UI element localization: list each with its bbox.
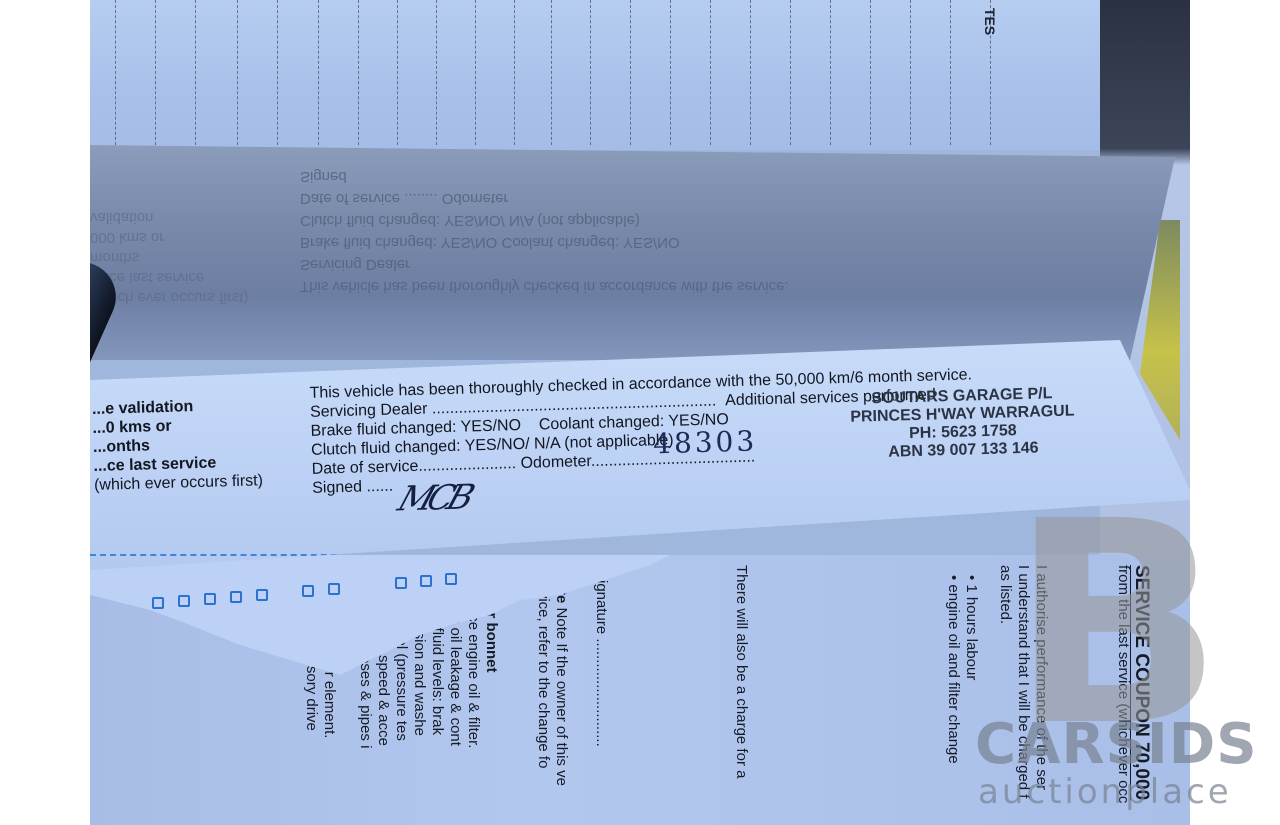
folded-flap: This vehicle has been thoroughly checked… <box>90 145 1180 360</box>
watermark-logo-icon: B <box>1010 505 1223 745</box>
validation-text: ...e validation ...0 kms or ...onths ...… <box>92 395 264 495</box>
handwritten-signature: MCB <box>393 477 474 519</box>
signature-line: Signature .......................... <box>592 570 610 747</box>
mirrored-text: This vehicle has been thoroughly checked… <box>300 165 1060 297</box>
checkbox-icon <box>395 577 407 589</box>
odometer-value: 48303 <box>653 424 758 460</box>
watermark-subtitle: auctionplace <box>978 772 1232 812</box>
checkbox-icon <box>420 575 432 587</box>
watermark-name: CARSIDS <box>975 712 1258 777</box>
odometer-label: Odometer <box>520 453 591 472</box>
notes-heading: TES <box>982 8 998 35</box>
top-notes-page: TES <box>90 0 1150 150</box>
checkbox-icon <box>230 591 242 603</box>
dealer-stamp: SOUTARS GARAGE P/L PRINCES H'WAY WARRAGU… <box>827 384 1099 464</box>
checkbox-icon <box>178 595 190 607</box>
owner-note: Note Note If the owner of this ve servic… <box>534 570 570 786</box>
checkbox-icon <box>445 573 457 585</box>
checkbox-icon <box>204 593 216 605</box>
checkbox-icon <box>152 597 164 609</box>
checkbox-icon <box>256 589 268 601</box>
checkbox-icon <box>302 585 314 597</box>
checkbox-icon <box>328 583 340 595</box>
charge-note: There will also be a charge for a <box>732 565 750 778</box>
